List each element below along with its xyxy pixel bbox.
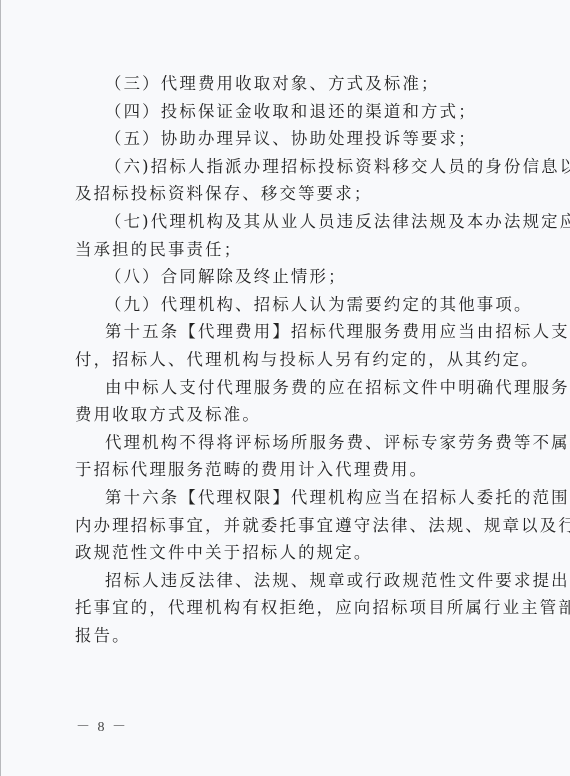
page-edge [0, 0, 1, 776]
article-16-line-3: 政规范性文件中关于招标人的规定。 [75, 539, 495, 567]
article-16-para-2-line-2: 托事宜的，代理机构有权拒绝，应向招标项目所属行业主管部门 [75, 594, 495, 622]
clause-item-8: （八）合同解除及终止情形； [75, 263, 495, 291]
article-15-para-2-line-2: 费用收取方式及标准。 [75, 401, 495, 429]
article-15-line-2: 付，招标人、代理机构与投标人另有约定的，从其约定。 [75, 346, 495, 374]
article-15-para-3-line-2: 于招标代理服务范畴的费用计入代理费用。 [75, 456, 495, 484]
article-16-para-2-line-1: 招标人违反法律、法规、规章或行政规范性文件要求提出委 [75, 567, 495, 595]
clause-item-5: （五）协助办理异议、协助处理投诉等要求； [75, 125, 495, 153]
document-page: （三）代理费用收取对象、方式及标准； （四）投标保证金收取和退还的渠道和方式； … [75, 70, 495, 649]
article-16-line-1: 第十六条【代理权限】代理机构应当在招标人委托的范围 [75, 484, 495, 512]
article-16-line-2: 内办理招标事宜，并就委托事宜遵守法律、法规、规章以及行 [75, 512, 495, 540]
article-15-para-3-line-1: 代理机构不得将评标场所服务费、评标专家劳务费等不属 [75, 429, 495, 457]
clause-item-6-line-2: 及招标投标资料保存、移交等要求； [75, 180, 495, 208]
clause-item-9: （九）代理机构、招标人认为需要约定的其他事项。 [75, 291, 495, 319]
article-16-para-2-line-3: 报告。 [75, 622, 495, 650]
page-number: － 8 － [76, 716, 128, 736]
clause-item-4: （四）投标保证金收取和退还的渠道和方式； [75, 98, 495, 126]
article-15-para-2-line-1: 由中标人支付代理服务费的应在招标文件中明确代理服务 [75, 374, 495, 402]
clause-item-7-line-2: 当承担的民事责任； [75, 236, 495, 264]
clause-item-7-line-1: （七)代理机构及其从业人员违反法律法规及本办法规定应 [75, 208, 495, 236]
clause-item-6-line-1: （六)招标人指派办理招标投标资料移交人员的身份信息以 [75, 153, 495, 181]
clause-item-3: （三）代理费用收取对象、方式及标准； [75, 70, 495, 98]
article-15-line-1: 第十五条【代理费用】招标代理服务费用应当由招标人支 [75, 318, 495, 346]
